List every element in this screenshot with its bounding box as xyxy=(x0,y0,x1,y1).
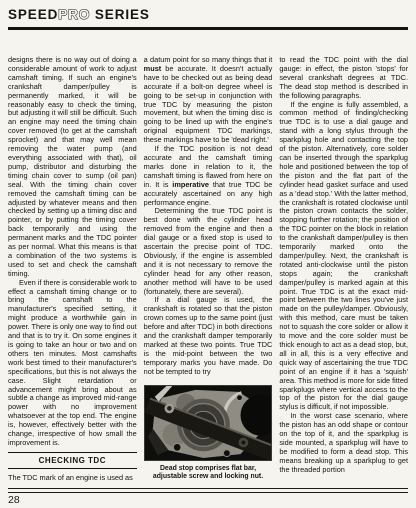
header-rule xyxy=(8,27,408,30)
paragraph: Determining the true TDC point is best d… xyxy=(144,207,273,296)
paragraph: to read the TDC point with the dial gaug… xyxy=(279,56,408,101)
dead-stop-photo xyxy=(144,385,273,461)
paragraph: In the worst case scenario, where the pi… xyxy=(279,412,408,474)
brand-speed: SPEED xyxy=(8,7,58,22)
paragraph: If the TDC position is not dead accurate… xyxy=(144,145,273,207)
book-page: SPEEDPRO SERIES designs there is no way … xyxy=(0,0,416,508)
paragraph-text: be accurate. It doesn't actually have to… xyxy=(144,64,273,144)
paragraph: If the engine is fully assembled, a comm… xyxy=(279,101,408,413)
bold-word: must xyxy=(144,64,162,73)
footer-rule xyxy=(8,488,408,494)
paragraph: The TDC mark of an engine is used as xyxy=(8,474,137,482)
series-brand-title: SPEEDPRO SERIES xyxy=(8,7,408,23)
paragraph: If a dial gauge is used, the crankshaft … xyxy=(144,296,273,376)
paragraph: designs there is no way out of doing a c… xyxy=(8,56,137,279)
column-2: a datum point for so many things that it… xyxy=(144,56,273,482)
column-3: to read the TDC point with the dial gaug… xyxy=(279,56,408,482)
paragraph: a datum point for so many things that it… xyxy=(144,56,273,145)
text-columns: designs there is no way out of doing a c… xyxy=(8,56,408,482)
paragraph-text: a datum point for so many things that it xyxy=(144,56,273,64)
page-number: 28 xyxy=(8,494,408,506)
bold-word: imperative xyxy=(172,180,209,189)
figure-dead-stop: Dead stop comprises flat bar, adjustable… xyxy=(144,381,273,482)
page-footer: 28 xyxy=(8,488,408,507)
brand-pro-outline: PRO xyxy=(58,7,90,22)
photo-caption: Dead stop comprises flat bar, adjustable… xyxy=(144,465,273,482)
section-heading: CHECKING TDC xyxy=(8,452,137,469)
brand-series: SERIES xyxy=(90,7,150,22)
paragraph: Even if there is considerable work to ef… xyxy=(8,279,137,448)
checking-tdc-section: CHECKING TDC The TDC mark of an engine i… xyxy=(8,448,137,482)
column-1: designs there is no way out of doing a c… xyxy=(8,56,137,482)
